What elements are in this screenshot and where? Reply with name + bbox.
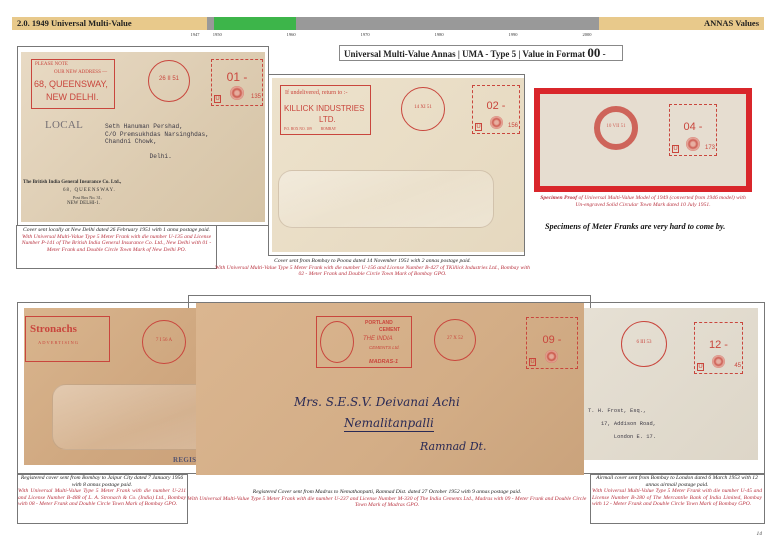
cover-image-new-delhi[interactable]: PLEASE NOTE OUR NEW ADDRESS — 68, QUEENS… <box>21 52 265 222</box>
subtitle-text: Universal Multi-Value Annas | UMA - Type… <box>344 49 587 59</box>
rosette-icon <box>230 86 244 100</box>
meter-frank: 02 - U 156 <box>472 85 520 134</box>
meter-value: 12 - <box>695 339 742 351</box>
return-line: P.O. BOX NO. 109 BOMBAY <box>284 127 336 131</box>
caption-bombay-jaipur: Registered cover sent from Bombay to Jai… <box>18 475 186 508</box>
section-right-label: ANNAS Values <box>704 17 759 30</box>
specimen-proof-image[interactable]: 10 VII 51 04 - U 173 <box>534 88 752 192</box>
timeline-tick: 1960 <box>287 32 296 37</box>
timeline-tick: 1970 <box>361 32 370 37</box>
handwritten-address-line: Nemalitanpalli <box>344 416 434 432</box>
cover-image-bombay-london[interactable]: 6 III 53 12 - U 45 T. H. Frost, Esq., 17… <box>584 308 758 460</box>
return-address-box: If undelivered, return to :- KILLICK IND… <box>280 85 371 135</box>
rosette-icon <box>686 137 700 151</box>
section-header-band: 2.0. 1949 Universal Multi-Value ANNAS Va… <box>12 17 764 30</box>
postmark-date: 14 XI 51 <box>402 105 444 110</box>
meter-number: 173 <box>705 145 715 151</box>
caption-details: With Universal Multi-Value Type 5 Meter … <box>18 488 186 508</box>
caption-summary: Registered Cover sent from Madras to Nem… <box>187 489 587 496</box>
return-line: OUR NEW ADDRESS — <box>54 70 107 75</box>
cement-logo-icon <box>320 321 354 363</box>
rosette-icon <box>712 355 725 368</box>
return-line: CEMENTS Ltd. <box>369 345 400 350</box>
return-line: LTD. <box>319 115 336 124</box>
return-line: If undelivered, return to :- <box>285 90 347 96</box>
meter-value: 09 - <box>527 334 577 346</box>
envelope-window <box>278 170 494 228</box>
meter-frank: 09 - U <box>526 317 578 369</box>
meter-frank: 01 - U 135 <box>211 59 263 106</box>
postmark-date: 26 II 51 <box>149 76 189 82</box>
handwritten-address-line: Ramnad Dt. <box>420 440 486 453</box>
local-handstamp: LOCAL <box>45 119 83 131</box>
page-subtitle: Universal Multi-Value Annas | UMA - Type… <box>339 45 623 61</box>
cover-image-madras[interactable]: PORTLAND CEMENT THE INDIA CEMENTS Ltd. M… <box>196 303 584 475</box>
page-number: 14 <box>757 531 763 537</box>
caption-bombay-london: Airmail cover sent from Bombay to London… <box>592 475 762 508</box>
caption-details: of Universal Multi-Value Model of 1949 (… <box>575 195 745 208</box>
caption-bold-label: Specimen Proof <box>540 195 577 201</box>
meter-value: 04 - <box>670 121 716 133</box>
meter-number: 135 <box>251 94 261 100</box>
recipient-address: T. H. Frost, Esq., 17, Addison Road, Lon… <box>588 405 656 444</box>
timeline-tick: 1980 <box>435 32 444 37</box>
postmark-date: 6 III 53 <box>622 340 666 345</box>
postmark-date: 7 I 56 A <box>143 338 185 343</box>
timeline-tick: 1947 <box>191 32 200 37</box>
rosette-icon <box>545 350 558 363</box>
return-line: ADVERTISING <box>38 340 79 345</box>
section-title: 2.0. 1949 Universal Multi-Value <box>17 17 132 30</box>
sender-line: NEW DELHI-1. <box>67 201 100 206</box>
return-line: KILLICK INDUSTRIES <box>284 104 364 113</box>
caption-details: With Universal Multi-Value Type 5 Meter … <box>592 488 762 508</box>
postmark-date: 10 VII 51 <box>600 124 632 129</box>
handwritten-address-line: Mrs. S.E.S.V. Deivanai Achi <box>294 395 460 409</box>
meter-number: 156 <box>508 123 518 129</box>
caption-summary: Cover sent locally at New Delhi dated 26… <box>19 227 214 234</box>
meter-value: 02 - <box>473 100 519 112</box>
return-address-box: Stronachs ADVERTISING <box>25 316 110 362</box>
caption-madras: Registered Cover sent from Madras to Nem… <box>187 489 587 509</box>
caption-specimen: Specimen Proof of Universal Multi-Value … <box>538 195 748 208</box>
return-address-box: PLEASE NOTE OUR NEW ADDRESS — 68, QUEENS… <box>31 59 115 109</box>
caption-details: With Universal Multi-Value Type 5 Meter … <box>19 234 214 254</box>
subtitle-suffix: - <box>600 49 605 59</box>
sender-line: Post Box No. 31, <box>73 195 102 200</box>
caption-summary: Airmail cover sent from Bombay to London… <box>592 475 762 488</box>
rosette-icon <box>490 116 503 129</box>
caption-details: With Universal Multi-Value Type 5 Meter … <box>215 265 530 278</box>
timeline-tick: 2000 <box>583 32 592 37</box>
meter-frank: 12 - U 45 <box>694 322 743 374</box>
caption-summary: Registered cover sent from Bombay to Jai… <box>18 475 186 488</box>
town-postmark: 7 I 56 A <box>142 320 186 364</box>
timeline-ticks: 1947195019601970198019902000 <box>195 32 595 40</box>
return-line: PLEASE NOTE <box>35 62 68 67</box>
town-postmark: 27 X 52 <box>434 319 476 361</box>
town-postmark: 26 II 51 <box>148 60 190 102</box>
return-line: MADRAS-1 <box>369 359 398 365</box>
return-line: NEW DELHI. <box>46 92 99 102</box>
timeline-active-period <box>214 17 295 30</box>
return-line: CEMENT <box>379 327 400 333</box>
caption-new-delhi: Cover sent locally at New Delhi dated 26… <box>19 227 214 253</box>
sender-line: 68, QUEENSWAY. <box>63 188 116 193</box>
postmark-date: 27 X 52 <box>435 336 475 341</box>
return-line: PORTLAND <box>365 320 393 326</box>
subtitle-format-glyph: 00 <box>587 45 600 60</box>
return-line: Stronachs <box>30 323 77 335</box>
return-address-box: PORTLAND CEMENT THE INDIA CEMENTS Ltd. M… <box>316 316 412 368</box>
cover-image-bombay-poona[interactable]: If undelivered, return to :- KILLICK IND… <box>272 78 524 252</box>
recipient-address: Seth Hanuman Pershad,C/O Premsukhdas Nar… <box>105 123 209 161</box>
timeline-tick: 1950 <box>213 32 222 37</box>
caption-summary: Cover sent from Bombay to Poona dated 14… <box>215 258 530 265</box>
timeline-bar <box>207 17 599 30</box>
return-line: 68, QUEENSWAY, <box>34 79 108 89</box>
specimen-note: Specimens of Meter Franks are very hard … <box>545 222 725 231</box>
meter-number: 45 <box>734 363 741 369</box>
return-line: THE INDIA <box>363 336 393 342</box>
caption-details: With Universal Multi-Value Type 5 Meter … <box>187 496 587 509</box>
meter-frank: 04 - U 173 <box>669 104 717 156</box>
sender-line: The British India General Insurance Co. … <box>23 180 121 185</box>
meter-value: 01 - <box>212 70 262 84</box>
town-postmark: 6 III 53 <box>621 321 667 367</box>
caption-bombay-poona: Cover sent from Bombay to Poona dated 14… <box>215 258 530 278</box>
town-postmark: 14 XI 51 <box>401 87 445 131</box>
solid-town-mark: 10 VII 51 <box>594 106 638 150</box>
timeline-tick: 1990 <box>509 32 518 37</box>
